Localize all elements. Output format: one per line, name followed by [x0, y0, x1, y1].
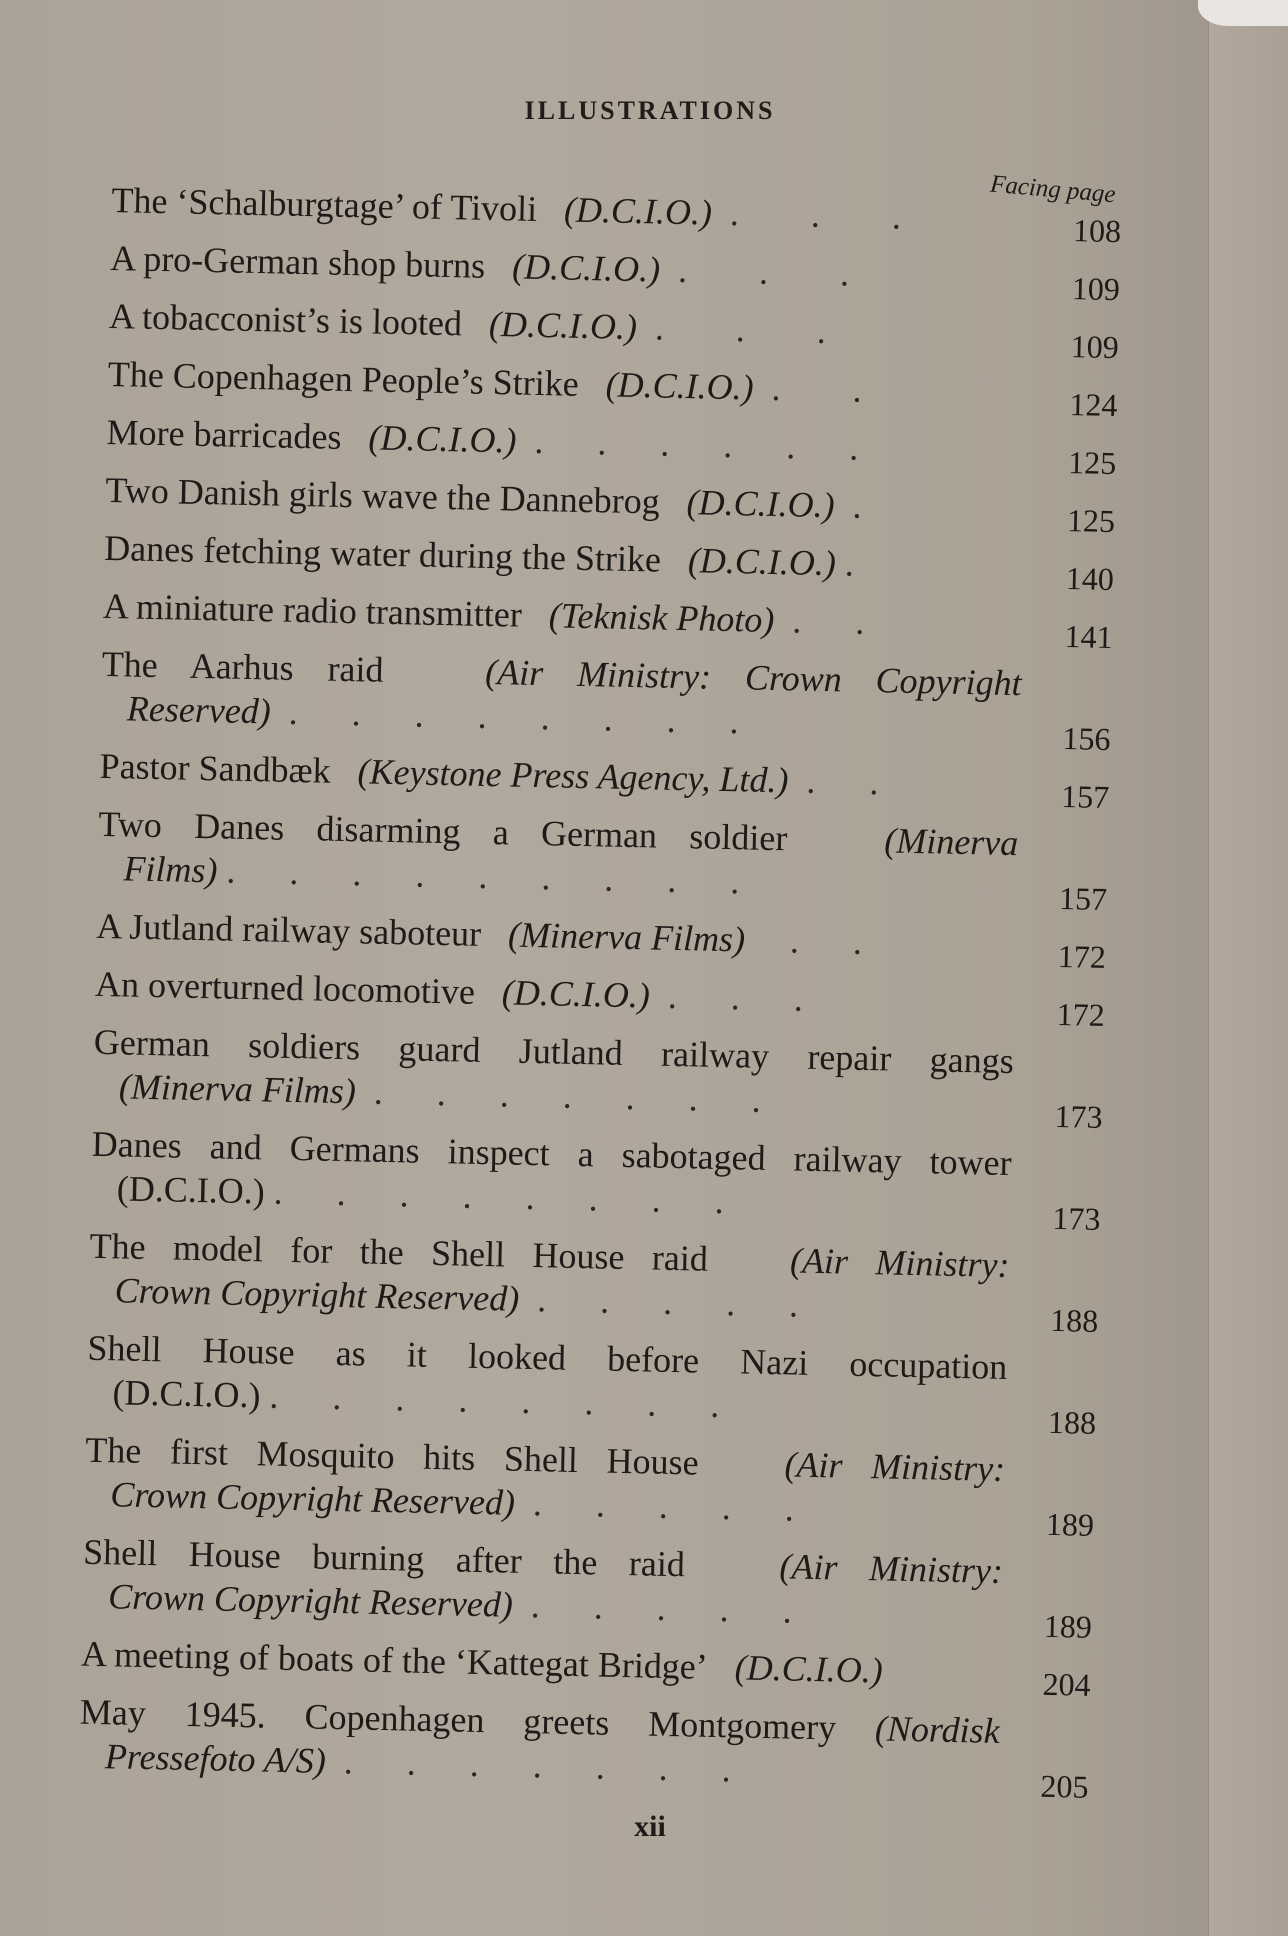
entry-credit: (Minerva Films)	[508, 914, 746, 959]
entry-page-number: 172	[1025, 933, 1106, 979]
entry-title: A meeting of boats of the ‘Kattegat Brid…	[81, 1634, 709, 1687]
entry-title: Danes fetching water during the Strike	[104, 528, 662, 580]
dot-leader: . .	[745, 919, 863, 961]
entry-page-number: 189	[1014, 1501, 1095, 1547]
entry-title: A miniature radio transmitter	[103, 586, 523, 635]
entry-page-number: 205	[1008, 1763, 1089, 1809]
entry-credit-continued: (D.C.I.O.)	[112, 1372, 261, 1415]
entry-title: A pro-German shop burns	[110, 238, 486, 286]
entry-credit: (D.C.I.O.)	[734, 1647, 883, 1690]
entry-page-number: 188	[1018, 1297, 1099, 1343]
dot-leader: . .	[753, 367, 862, 409]
entry-credit: (Air Ministry:	[779, 1546, 1003, 1591]
list-item: The Copenhagen People’s Strike (D.C.I.O.…	[107, 352, 1118, 417]
list-item: A pro-German shop burns (D.C.I.O.) . . .…	[110, 236, 1121, 301]
entry-page-number: 189	[1011, 1603, 1092, 1649]
entry-page-number: 173	[1022, 1093, 1103, 1139]
page-number-folio: xii	[0, 1810, 1288, 1844]
dot-leader: . . . . . . . .	[264, 1171, 724, 1221]
entry-credit-continued: Reserved)	[126, 688, 271, 731]
entry-credit: (Air Ministry:	[784, 1444, 1005, 1489]
list-item: Shell House burning after the raid (Air …	[82, 1530, 1094, 1639]
illustrations-list: The ‘Schalburgtage’ of Tivoli (D.C.I.O.)…	[78, 178, 1122, 1813]
dot-leader: .	[835, 543, 854, 583]
entry-page-number: 188	[1016, 1399, 1097, 1445]
entry-credit: (Teknisk Photo)	[548, 595, 774, 640]
list-item: May 1945. Copenhagen greets Montgomery (…	[78, 1690, 1090, 1799]
dot-leader: . . . . . . . . .	[217, 850, 740, 901]
entry-page-number: 173	[1020, 1195, 1101, 1241]
list-item: Shell House as it looked before Nazi occ…	[86, 1326, 1098, 1435]
dot-leader: . . . . .	[515, 1483, 795, 1529]
list-item: The Aarhus raid (Air Ministry: Crown Cop…	[100, 642, 1112, 751]
list-item: The first Mosquito hits Shell House (Air…	[84, 1428, 1096, 1537]
list-item: A Jutland railway saboteur (Minerva Film…	[96, 904, 1107, 969]
entry-page-number: 157	[1029, 773, 1110, 819]
entry-credit: (D.C.I.O.)	[564, 189, 713, 232]
entry-page-number: 125	[1036, 439, 1117, 485]
entry-credit: (D.C.I.O.)	[605, 364, 754, 407]
entry-title: More barricades	[106, 412, 342, 457]
dot-leader: . . . . . . . .	[260, 1375, 720, 1425]
dot-leader: . . . . . . . .	[270, 691, 739, 741]
dot-leader: .	[834, 485, 862, 526]
entry-credit: (D.C.I.O.)	[489, 304, 638, 347]
list-item: Pastor Sandbæk (Keystone Press Agency, L…	[99, 744, 1110, 809]
entry-credit-continued: Films)	[123, 848, 218, 890]
entry-credit: (Keystone Press Agency, Ltd.)	[357, 751, 789, 800]
entry-credit: (D.C.I.O.)	[686, 482, 835, 525]
dot-leader: . . .	[660, 250, 850, 294]
list-item: Two Danes disarming a German soldier (Mi…	[97, 802, 1109, 911]
entry-credit: (Minerva	[884, 820, 1019, 863]
entry-page-number: 140	[1033, 555, 1114, 601]
entry-title: A Jutland railway saboteur	[96, 906, 482, 954]
entry-credit: (D.C.I.O.)	[688, 540, 837, 583]
dot-leader: . . . . . .	[516, 421, 859, 468]
list-item: Danes and Germans inspect a sabotaged ra…	[90, 1122, 1102, 1231]
entry-credit: (D.C.I.O.)	[502, 972, 651, 1015]
entry-credit-continued: (Minerva Films)	[119, 1066, 357, 1111]
entry-page-number: 109	[1038, 323, 1119, 369]
list-item: German soldiers guard Jutland railway re…	[93, 1020, 1105, 1129]
entry-title: A tobacconist’s is looted	[109, 296, 463, 343]
dot-leader: . . . . .	[519, 1279, 799, 1325]
entry-credit-continued: Crown Copyright Reserved)	[108, 1576, 513, 1624]
entry-title: The Copenhagen People’s Strike	[107, 354, 579, 404]
background-corner	[1198, 0, 1288, 26]
entry-page-number: 108	[1041, 207, 1122, 253]
entry-title: Pastor Sandbæk	[99, 746, 331, 791]
entry-credit: (D.C.I.O.)	[512, 246, 661, 289]
page-title: ILLUSTRATIONS	[0, 96, 1288, 126]
list-item: The model for the Shell House raid (Air …	[88, 1224, 1100, 1333]
entry-title: The ‘Schalburgtage’ of Tivoli	[111, 180, 537, 229]
dot-leader: . .	[788, 760, 879, 802]
list-item: A tobacconist’s is looted (D.C.I.O.) . .…	[109, 294, 1120, 359]
list-item: A meeting of boats of the ‘Kattegat Brid…	[81, 1632, 1092, 1697]
dot-leader: . . .	[712, 193, 902, 237]
list-item: An overturned locomotive (D.C.I.O.) . . …	[95, 962, 1106, 1027]
entry-credit-continued: Pressefoto A/S)	[105, 1736, 327, 1781]
dot-leader: . . . . . . .	[325, 1741, 731, 1789]
entry-page-number: 172	[1024, 991, 1105, 1037]
entry-title: The Aarhus raid	[101, 644, 384, 690]
dot-leader: . . .	[649, 975, 803, 1018]
entry-credit-continued: (D.C.I.O.)	[116, 1168, 265, 1211]
entry-credit: (D.C.I.O.)	[368, 417, 517, 460]
dot-leader: . . . . .	[512, 1585, 792, 1631]
entry-page-number: 204	[1010, 1661, 1091, 1707]
entry-title: Two Danish girls wave the Dannebrog	[105, 470, 660, 522]
list-item: More barricades (D.C.I.O.) . . . . . . 1…	[106, 410, 1117, 475]
entry-page-number: 156	[1030, 715, 1111, 761]
entry-title: An overturned locomotive	[95, 964, 476, 1012]
entry-credit-continued: Crown Copyright Reserved)	[114, 1270, 519, 1318]
entry-page-number: 125	[1035, 497, 1116, 543]
entry-page-number: 157	[1027, 875, 1108, 921]
entry-credit-continued: Crown Copyright Reserved)	[110, 1474, 515, 1522]
list-item: A miniature radio transmitter (Teknisk P…	[103, 584, 1114, 649]
list-item: Two Danish girls wave the Dannebrog (D.C…	[105, 468, 1116, 533]
dot-leader: . .	[774, 600, 865, 642]
entry-credit: (Nordisk	[875, 1708, 1000, 1751]
entry-page-number: 124	[1037, 381, 1118, 427]
list-item: Danes fetching water during the Strike (…	[104, 526, 1115, 591]
facing-page-edge	[1208, 20, 1288, 1936]
entry-page-number: 141	[1032, 613, 1113, 659]
entry-page-number: 109	[1039, 265, 1120, 311]
dot-leader: . . .	[637, 307, 827, 351]
entry-credit: (Air Ministry:	[790, 1240, 1010, 1285]
dot-leader: . . . . . . .	[355, 1071, 761, 1119]
